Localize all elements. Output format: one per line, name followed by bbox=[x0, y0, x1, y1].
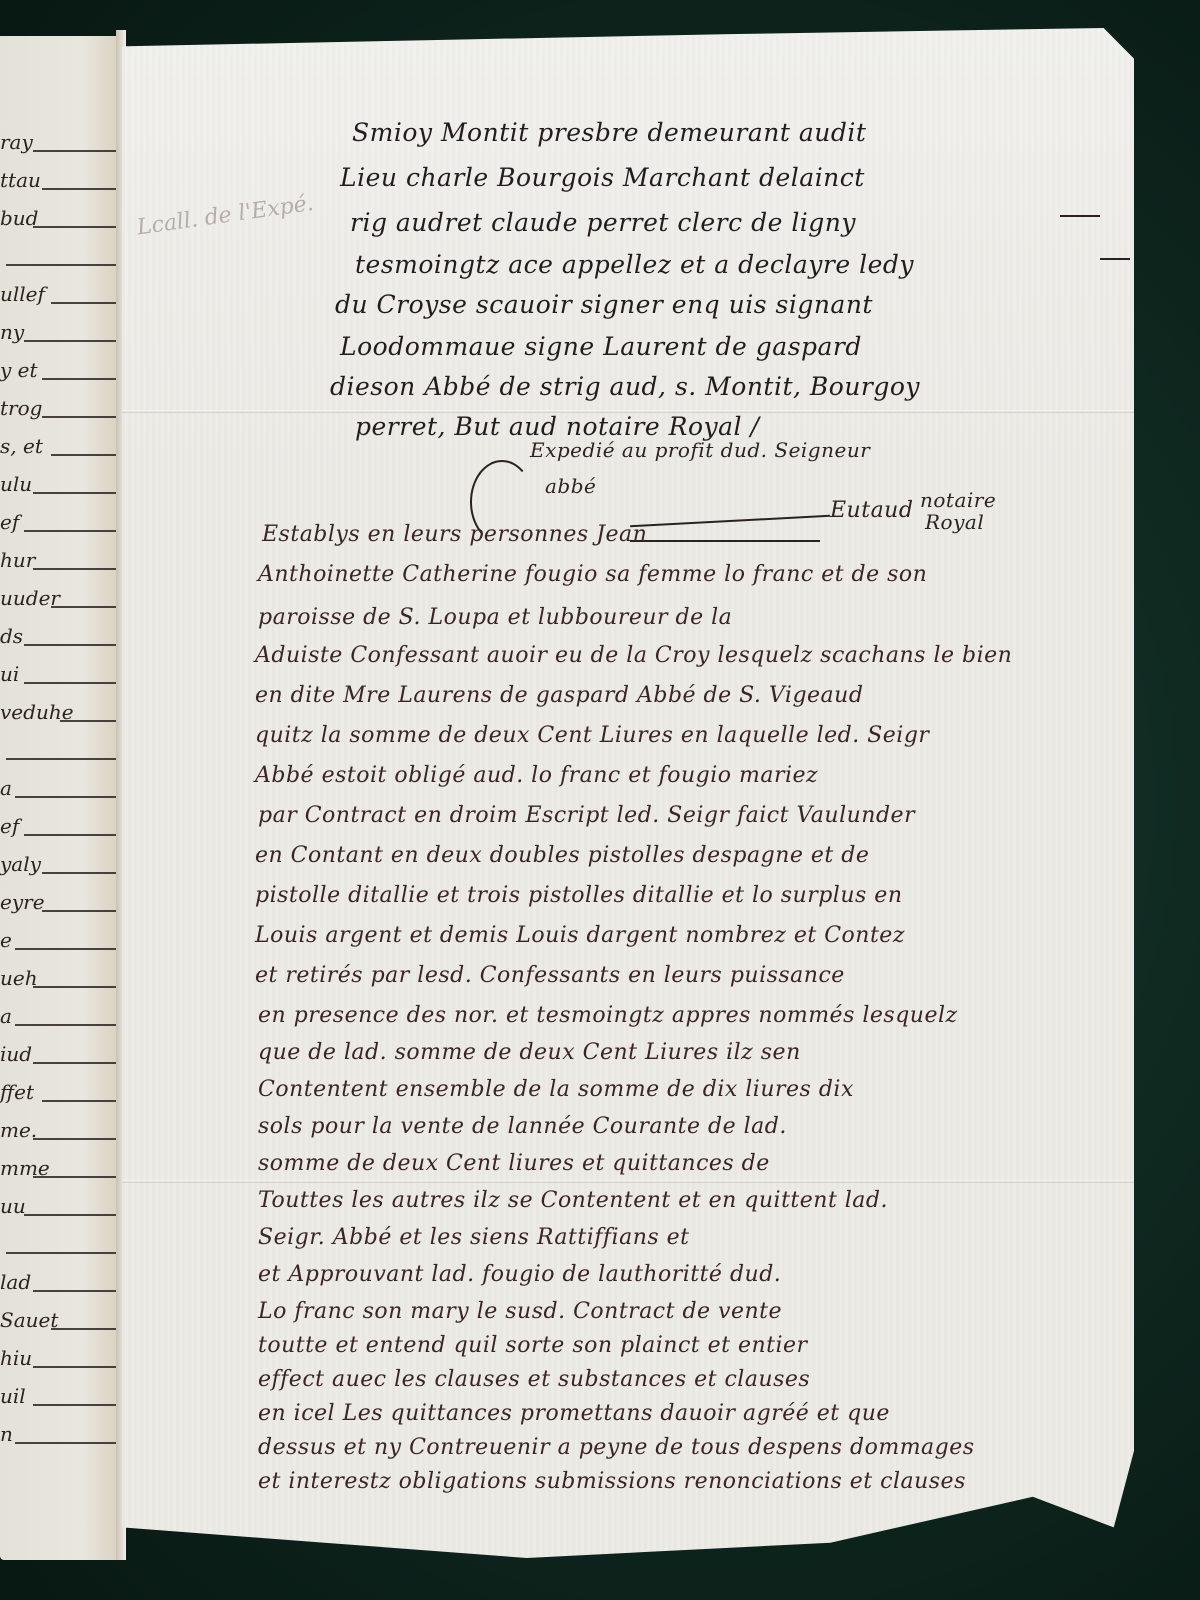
text-line: et retirés par lesd. Confessants en leur… bbox=[255, 963, 845, 988]
line-filler-dash bbox=[51, 606, 116, 608]
left-page-fragment: ullef bbox=[0, 282, 45, 306]
left-page-fragment: iud bbox=[0, 1042, 32, 1066]
text-line: en Contant en deux doubles pistolles des… bbox=[255, 843, 869, 868]
left-page-fragment: ffet bbox=[0, 1080, 34, 1104]
line-filler-dash bbox=[51, 302, 116, 304]
line-filler-dash bbox=[33, 1176, 116, 1178]
line-filler-dash bbox=[24, 644, 116, 646]
line-filler-dash bbox=[24, 340, 116, 342]
left-page-fragment: hur bbox=[0, 548, 35, 572]
text-line: Abbé estoit obligé aud. lo franc et foug… bbox=[255, 763, 818, 788]
left-page-fragment: ueh bbox=[0, 966, 38, 990]
text-line: Louis argent et demis Louis dargent nomb… bbox=[255, 923, 905, 948]
text-line: Anthoinette Catherine fougio sa femme lo… bbox=[258, 562, 927, 587]
line-filler-dash bbox=[6, 264, 116, 266]
left-page-fragment: ef bbox=[0, 814, 19, 838]
text-line: dieson Abbé de strig aud, s. Montit, Bou… bbox=[330, 372, 920, 401]
line-filler-dash bbox=[33, 1062, 116, 1064]
line-filler-dash bbox=[42, 378, 116, 380]
text-line: sols pour la vente de lannée Courante de… bbox=[258, 1114, 787, 1139]
left-page-fragment: ef bbox=[0, 510, 19, 534]
text-line: Touttes les autres ilz se Contentent et … bbox=[258, 1188, 888, 1213]
text-line: effect auec les clauses et substances et… bbox=[258, 1367, 810, 1392]
line-filler-dash bbox=[33, 1290, 116, 1292]
expedition-note: Expedié au profit dud. Seigneur bbox=[530, 438, 870, 462]
line-filler-dash bbox=[24, 530, 116, 532]
line-filler-dash bbox=[42, 910, 116, 912]
left-page-fragment: ttau bbox=[0, 168, 41, 192]
left-page-fragment: ulu bbox=[0, 472, 32, 496]
left-page-fragment: y et bbox=[0, 358, 38, 382]
text-line: rig audret claude perret clerc de ligny bbox=[350, 208, 856, 237]
text-line: par Contract en droim Escript led. Seigr… bbox=[258, 803, 915, 828]
text-line: Seigr. Abbé et les siens Rattiffians et bbox=[258, 1225, 690, 1250]
left-page-fragment: n bbox=[0, 1422, 13, 1446]
line-filler-dash bbox=[33, 492, 116, 494]
notary-title: notaire bbox=[920, 488, 996, 512]
left-page-fragment: a bbox=[0, 776, 12, 800]
text-line: Smioy Montit presbre demeurant audit bbox=[352, 118, 866, 147]
left-page-fragment: trog bbox=[0, 396, 42, 420]
text-line: Lieu charle Bourgois Marchant delainct bbox=[340, 163, 865, 192]
left-page-fragment: e bbox=[0, 928, 12, 952]
line-filler-dash bbox=[42, 872, 116, 874]
line-filler-dash bbox=[51, 454, 116, 456]
left-page-fragment: Sauet bbox=[0, 1308, 58, 1332]
text-line: Loodommaue signe Laurent de gaspard bbox=[340, 332, 862, 361]
line-filler-dash bbox=[42, 1100, 116, 1102]
line-filler-dash bbox=[33, 986, 116, 988]
line-filler-dash bbox=[1060, 215, 1100, 217]
line-filler-dash bbox=[1100, 258, 1130, 260]
line-filler-dash bbox=[60, 720, 116, 722]
line-filler-dash bbox=[42, 416, 116, 418]
line-filler-dash bbox=[33, 1366, 116, 1368]
text-line: somme de deux Cent liures et quittances … bbox=[258, 1151, 770, 1176]
left-page-fragment: uu bbox=[0, 1194, 26, 1218]
signature-paraph bbox=[630, 540, 820, 542]
text-line: quitz la somme de deux Cent Liures en la… bbox=[255, 723, 929, 748]
text-line: du Croyse scauoir signer enq uis signant bbox=[335, 290, 873, 319]
left-page-fragment: ny bbox=[0, 320, 24, 344]
line-filler-dash bbox=[42, 188, 116, 190]
text-line: Lo franc son mary le susd. Contract de v… bbox=[258, 1299, 782, 1324]
notary-title: Royal bbox=[925, 510, 984, 534]
abbe-signature: abbé bbox=[545, 474, 596, 498]
text-line: et Approuvant lad. fougio de lauthoritté… bbox=[258, 1262, 781, 1287]
text-line: en icel Les quittances promettans dauoir… bbox=[258, 1401, 890, 1426]
text-line: Aduiste Confessant auoir eu de la Croy l… bbox=[255, 643, 1012, 668]
left-page-fragment: me. bbox=[0, 1118, 37, 1142]
left-page-fragment: ui bbox=[0, 662, 19, 686]
left-page-fragment: ds bbox=[0, 624, 23, 648]
line-filler-dash bbox=[6, 1252, 116, 1254]
line-filler-dash bbox=[33, 568, 116, 570]
line-filler-dash bbox=[33, 1404, 116, 1406]
left-page-fragment: hiu bbox=[0, 1346, 32, 1370]
line-filler-dash bbox=[51, 1328, 116, 1330]
fold-crease bbox=[122, 1180, 1134, 1183]
line-filler-dash bbox=[33, 1138, 116, 1140]
text-line: toutte et entend quil sorte son plainct … bbox=[258, 1333, 808, 1358]
text-line: dessus et ny Contreuenir a peyne de tous… bbox=[258, 1435, 975, 1460]
left-page-fragment: yaly bbox=[0, 852, 41, 876]
line-filler-dash bbox=[15, 1442, 116, 1444]
line-filler-dash bbox=[6, 758, 116, 760]
text-line: que de lad. somme de deux Cent Liures il… bbox=[258, 1040, 801, 1065]
left-page-fragment: lad bbox=[0, 1270, 31, 1294]
text-line: en dite Mre Laurens de gaspard Abbé de S… bbox=[255, 683, 863, 708]
text-line: et interestz obligations submissions ren… bbox=[258, 1469, 966, 1494]
left-page-fragment: uil bbox=[0, 1384, 26, 1408]
line-filler-dash bbox=[33, 150, 116, 152]
text-line: Establys en leurs personnes Jean bbox=[262, 522, 647, 547]
left-facing-page: rayttaubudullefnyy ettrogs, etuluefhuruu… bbox=[0, 36, 118, 1560]
line-filler-dash bbox=[24, 834, 116, 836]
line-filler-dash bbox=[15, 796, 116, 798]
left-page-fragment: a bbox=[0, 1004, 12, 1028]
text-line: en presence des nor. et tesmoingtz appre… bbox=[258, 1003, 958, 1028]
text-line: paroisse de S. Loupa et lubboureur de la bbox=[258, 605, 732, 630]
text-line: pistolle ditallie et trois pistolles dit… bbox=[255, 883, 902, 908]
text-line: Contentent ensemble de la somme de dix l… bbox=[258, 1077, 854, 1102]
line-filler-dash bbox=[15, 948, 116, 950]
notary-signature: Eutaud bbox=[830, 498, 913, 523]
line-filler-dash bbox=[33, 226, 116, 228]
left-page-fragment: s, et bbox=[0, 434, 43, 458]
left-page-fragment: eyre bbox=[0, 890, 45, 914]
left-page-fragment: ray bbox=[0, 130, 33, 154]
line-filler-dash bbox=[24, 682, 116, 684]
text-line: perret, But aud notaire Royal / bbox=[355, 412, 759, 441]
line-filler-dash bbox=[24, 1214, 116, 1216]
text-line: tesmoingtz ace appellez et a declayre le… bbox=[355, 250, 914, 279]
line-filler-dash bbox=[15, 1024, 116, 1026]
